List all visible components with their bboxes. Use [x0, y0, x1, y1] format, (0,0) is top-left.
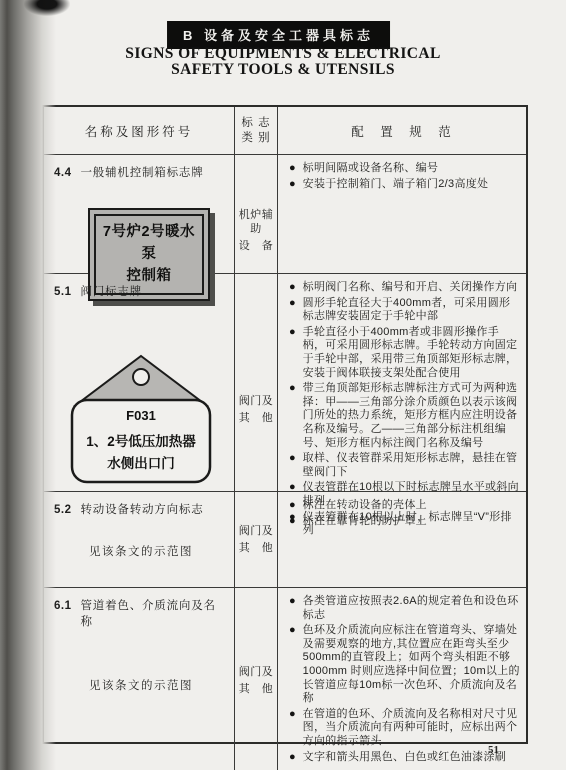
row-4-4-title: 4.4 一般辅机控制箱标志牌 [54, 164, 228, 180]
row-4-4-name: 一般辅机控制箱标志牌 [81, 164, 204, 180]
bullet-icon: ● [289, 624, 296, 706]
header-config-spec: 配 置 规 范 [278, 107, 526, 154]
scan-smudge-top-left [24, 0, 70, 16]
spec-item: ● 标明间隔或设备名称、编号 [289, 162, 520, 176]
spec-item: ● 标注在转动设备的壳体上 [289, 499, 520, 513]
signs-table: 名称及图形符号 标 志 类 别 配 置 规 范 4.4 一般辅机控制箱标志牌 7… [42, 105, 528, 744]
table-row-5-2: 5.2 转动设备转动方向标志 见该条文的示范图 阀门及 其 他 ● 标注在转动设… [44, 492, 526, 588]
spec-text: 标明阀门名称、编号和开启、关闭操作方向 [303, 281, 518, 295]
spec-text: 带三角顶部矩形标志牌标注方式可为两种选择：甲——三角部分涂介质颜色以表示该阀门所… [303, 382, 520, 450]
row-5-2-name-cell: 5.2 转动设备转动方向标志 见该条文的示范图 [44, 492, 235, 587]
header-name-symbols: 名称及图形符号 [44, 107, 235, 154]
valve-tag-line1: 1、2号低压加热器 [86, 433, 196, 449]
row-5-2-category-line1: 阀门及 [239, 524, 274, 538]
control-box-sign-line1: 7号炉2号暖水泵 [99, 221, 199, 265]
row-5-1-category-line2: 其 他 [239, 411, 274, 425]
page-title-line2: SAFETY TOOLS & UTENSILS [0, 62, 566, 78]
table-header-row: 名称及图形符号 标 志 类 别 配 置 规 范 [44, 107, 526, 155]
row-5-1-category-line1: 阀门及 [239, 394, 274, 408]
bullet-icon: ● [289, 281, 296, 295]
row-5-2-sample-figure-note: 见该条文的示范图 [54, 543, 228, 559]
spec-item: ● 标明阀门名称、编号和开启、关闭操作方向 [289, 281, 520, 295]
spec-text: 各类管道应按照表2.6A的规定着色和设色环标志 [303, 595, 520, 622]
row-5-2-category-cell: 阀门及 其 他 [235, 492, 278, 587]
row-5-1-name: 阀门标志牌 [81, 283, 143, 299]
valve-tag-hole-icon [133, 369, 149, 385]
row-4-4-number: 4.4 [54, 167, 72, 179]
table-row-5-1: 5.1 阀门标志牌 F031 1、2号低压加热器 水侧出口门 阀门及 其 他 [44, 274, 526, 492]
bullet-icon: ● [289, 162, 296, 176]
spec-text: 标明间隔或设备名称、编号 [303, 162, 439, 176]
row-6-1-category-line1: 阀门及 [239, 665, 274, 679]
spec-text: 手轮直径小于400mm者或非圆形操作手柄，可采用圆形标志牌。手轮转动方向固定于手… [303, 326, 520, 380]
spec-item: ● 各类管道应按照表2.6A的规定着色和设色环标志 [289, 595, 520, 622]
row-6-1-category-cell: 阀门及 其 他 [235, 588, 278, 770]
table-row-6-1: 6.1 管道着色、介质流向及名称 见该条文的示范图 阀门及 其 他 ● 各类管道… [44, 588, 526, 742]
row-6-1-category-line2: 其 他 [239, 682, 274, 696]
row-5-1-number: 5.1 [54, 286, 72, 298]
bullet-icon: ● [289, 708, 296, 749]
row-6-1-number: 6.1 [54, 600, 72, 612]
spec-item: ● 色环及介质流向应标注在管道弯头、穿墙处及需要观察的地方,其位置应在距弯头至少… [289, 624, 520, 706]
bullet-icon: ● [289, 751, 296, 765]
header-sign-category-line2: 类 别 [241, 131, 270, 146]
row-5-2-category-line2: 其 他 [239, 541, 274, 555]
header-sign-category: 标 志 类 别 [235, 107, 278, 154]
bullet-icon: ● [289, 297, 296, 324]
header-sign-category-line1: 标 志 [241, 116, 270, 131]
bullet-icon: ● [289, 326, 296, 380]
spec-item: ● 安装于控制箱门、端子箱门2/3高度处 [289, 178, 520, 192]
spec-item: ● 文字和箭头用黑色、白色或红色油漆涂刷 [289, 751, 520, 765]
page-title: SIGNS OF EQUIPMENTS & ELECTRICAL SAFETY … [0, 46, 566, 78]
row-6-1-spec-cell: ● 各类管道应按照表2.6A的规定着色和设色环标志 ● 色环及介质流向应标注在管… [278, 588, 526, 770]
table-row-4-4: 4.4 一般辅机控制箱标志牌 7号炉2号暖水泵 控制箱 机炉辅助 设 备 ● 标… [44, 155, 526, 274]
spec-item: ● 取样、仪表管群采用矩形标志牌，悬挂在管壁阀门下 [289, 452, 520, 479]
row-5-1-title: 5.1 阀门标志牌 [54, 283, 228, 299]
row-5-2-title: 5.2 转动设备转动方向标志 [54, 501, 228, 517]
spec-text: 标注在靠背轮的防护罩上 [303, 515, 427, 529]
spec-text: 文字和箭头用黑色、白色或红色油漆涂刷 [303, 751, 506, 765]
row-6-1-sample-figure-note: 见该条文的示范图 [54, 677, 228, 693]
row-5-2-spec-cell: ● 标注在转动设备的壳体上 ● 标注在靠背轮的防护罩上 [278, 492, 526, 587]
row-6-1-title: 6.1 管道着色、介质流向及名称 [54, 597, 228, 629]
spec-text: 安装于控制箱门、端子箱门2/3高度处 [303, 178, 489, 192]
spec-item: ● 圆形手轮直径大于400mm者，可采用圆形标志牌安装固定于手轮中部 [289, 297, 520, 324]
bullet-icon: ● [289, 382, 296, 450]
row-4-4-category-line2: 设 备 [239, 239, 274, 253]
spec-text: 在管道的色环、介质流向及名称相对尺寸见图，当介质流向有两种可能时，应标出两个方向… [303, 708, 520, 749]
valve-tag-code: F031 [126, 408, 156, 423]
spec-item: ● 在管道的色环、介质流向及名称相对尺寸见图，当介质流向有两种可能时，应标出两个… [289, 708, 520, 749]
bullet-icon: ● [289, 178, 296, 192]
row-6-1-name-cell: 6.1 管道着色、介质流向及名称 见该条文的示范图 [44, 588, 235, 770]
spec-text: 色环及介质流向应标注在管道弯头、穿墙处及需要观察的地方,其位置应在距弯头至少50… [303, 624, 520, 706]
bullet-icon: ● [289, 452, 296, 479]
spec-text: 取样、仪表管群采用矩形标志牌，悬挂在管壁阀门下 [303, 452, 520, 479]
spec-item: ● 标注在靠背轮的防护罩上 [289, 515, 520, 529]
bullet-icon: ● [289, 595, 296, 622]
row-5-2-name: 转动设备转动方向标志 [81, 501, 204, 517]
bullet-icon: ● [289, 499, 296, 513]
section-banner-label: B 设备及安全工器具标志 [183, 28, 374, 43]
valve-tag-line2: 水侧出口门 [107, 455, 175, 471]
spec-text: 标注在转动设备的壳体上 [303, 499, 427, 513]
valve-tag-graphic: F031 1、2号低压加热器 水侧出口门 [68, 353, 214, 485]
row-5-2-number: 5.2 [54, 504, 72, 516]
spec-item: ● 手轮直径小于400mm者或非圆形操作手柄，可采用圆形标志牌。手轮转动方向固定… [289, 326, 520, 380]
valve-tag-sign: F031 1、2号低压加热器 水侧出口门 [68, 353, 214, 485]
bullet-icon: ● [289, 515, 296, 529]
row-4-4-category-line1: 机炉辅助 [235, 208, 277, 236]
row-6-1-name: 管道着色、介质流向及名称 [81, 597, 229, 629]
page-title-line1: SIGNS OF EQUIPMENTS & ELECTRICAL [0, 46, 566, 62]
spec-text: 圆形手轮直径大于400mm者，可采用圆形标志牌安装固定于手轮中部 [303, 297, 520, 324]
spec-item: ● 带三角顶部矩形标志牌标注方式可为两种选择：甲——三角部分涂介质颜色以表示该阀… [289, 382, 520, 450]
